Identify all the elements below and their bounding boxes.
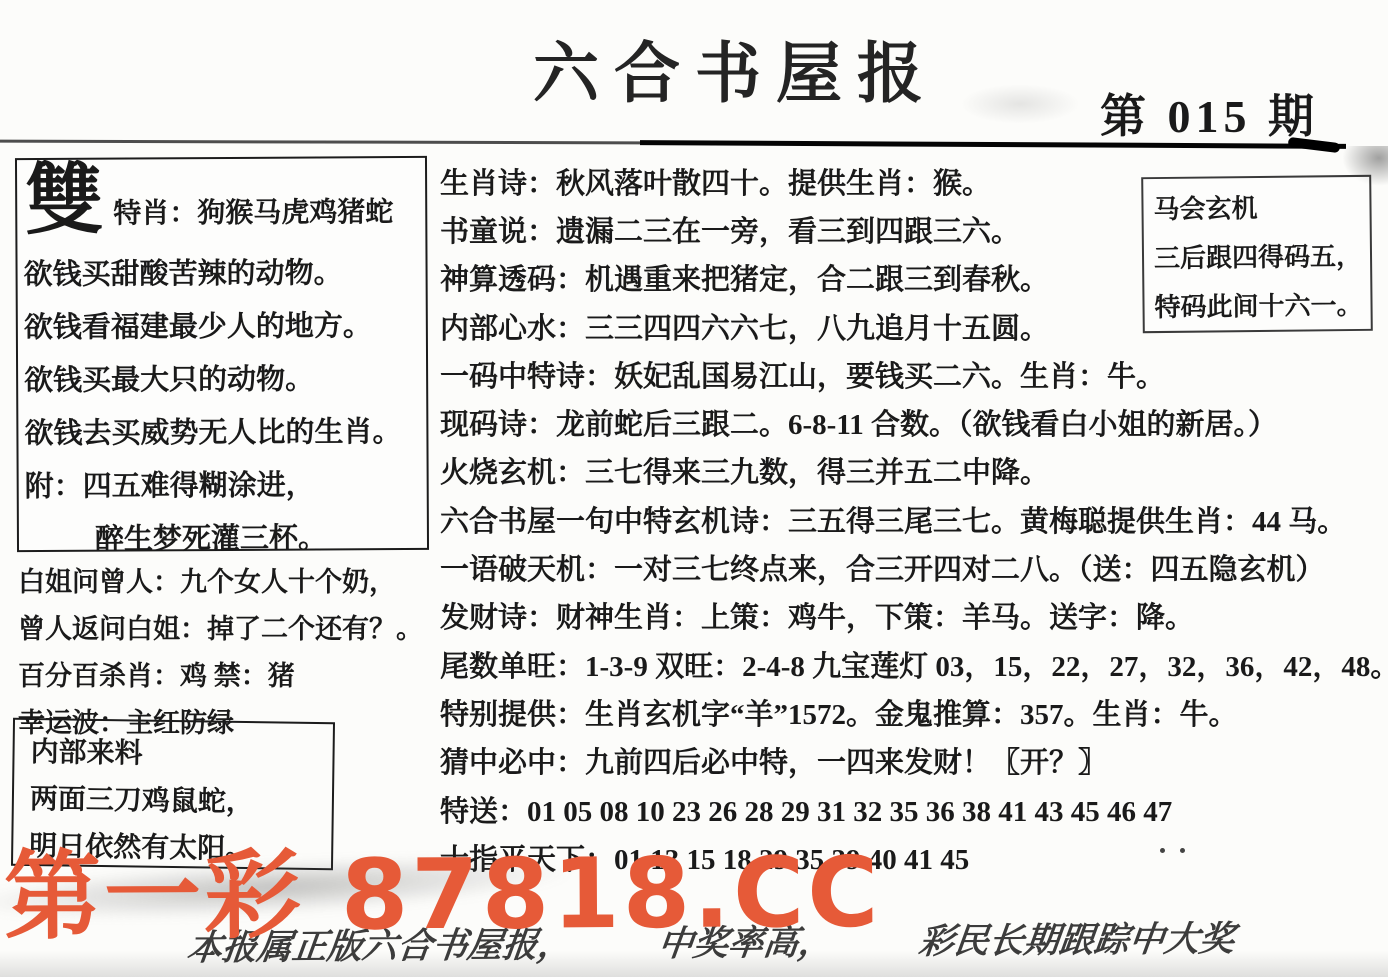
special-box-line: 欲钱买最大只的动物。	[24, 350, 420, 405]
special-box-header-row: 雙 特肖：狗猴马虎鸡猪蛇	[25, 162, 393, 238]
content-line-current-code-poem: 现码诗：龙前蛇后三跟二。6-8-11 合数。（欲钱看白小姐的新居。）	[440, 398, 1386, 446]
qa-line: 白姐问曾人：九个女人十个奶，	[18, 556, 430, 603]
qa-line: 曾人返问白姐：掉了二个还有？。	[18, 603, 430, 650]
page-title: 六合书屋报	[533, 20, 938, 115]
special-box-line: 欲钱去买威势无人比的生肖。	[24, 403, 420, 458]
footer-slogan-part3: 彩民长期跟踪中大奖	[916, 911, 1237, 964]
scan-ghost-mark	[960, 84, 1080, 124]
jockey-box-line: 马会玄机	[1153, 181, 1370, 232]
jockey-box-line: 三后跟四得码五，	[1154, 230, 1371, 281]
issue-number: 第 015 期	[1100, 80, 1319, 146]
content-line-guess-hit: 猜中必中：九前四后必中特，一四来发财！〖开？〗	[440, 737, 1386, 785]
special-zodiac-label: 特肖：狗猴马虎鸡猪蛇	[113, 190, 393, 237]
content-line-one-code-poem: 一码中特诗：妖妃乱国易江山，要钱买二六。生肖：牛。	[440, 350, 1386, 398]
special-box-line: 欲钱看福建最少人的地方。	[24, 297, 420, 352]
qa-section: 白姐问曾人：九个女人十个奶， 曾人返问白姐：掉了二个还有？。 百分百杀肖：鸡 禁…	[18, 556, 430, 744]
content-line-tail-numbers: 尾数单旺：1-3-9 双旺：2-4-8 九宝莲灯 03，15，22，27，32，…	[440, 640, 1386, 688]
double-character: 雙	[25, 164, 103, 238]
content-line-fortune-poem: 发财诗：财神生肖：上策：鸡牛，下策：羊马。送字：降。	[440, 592, 1386, 640]
scan-dot	[1180, 848, 1185, 853]
qa-line: 百分百杀肖：鸡 禁：猪	[18, 650, 430, 697]
header-divider-ink-blob	[1288, 137, 1341, 153]
jockey-box-line: 特码此间十六一。	[1154, 279, 1371, 330]
content-line-special-offer: 特别提供：生肖玄机字“羊”1572。金鬼推算：357。生肖：牛。	[440, 688, 1386, 736]
content-line-one-sentence-poem: 六合书屋一句中特玄机诗：三五得三尾三七。黄梅聪提供生肖：44 马。	[440, 495, 1386, 543]
jockey-club-mystery-box: 马会玄机 三后跟四得码五， 特码此间十六一。	[1141, 175, 1373, 333]
special-box-line: 欲钱买甜酸苦辣的动物。	[23, 244, 419, 299]
content-line-secret-breaker: 一语破天机：一对三七终点来，合三开四对二八。（送：四五隐玄机）	[440, 543, 1386, 591]
special-box-lines: 欲钱买甜酸苦辣的动物。 欲钱看福建最少人的地方。 欲钱买最大只的动物。 欲钱去买…	[23, 244, 421, 564]
insider-box-line: 内部来料	[30, 726, 333, 777]
content-line-fire-mystery: 火烧玄机：三七得来三九数，得三并五二中降。	[440, 447, 1386, 495]
insider-box-line: 两面三刀鸡鼠蛇，	[30, 773, 333, 824]
site-watermark: 第一彩 87818.CC	[4, 843, 882, 948]
special-zodiac-box: 雙 特肖：狗猴马虎鸡猪蛇 欲钱买甜酸苦辣的动物。 欲钱看福建最少人的地方。 欲钱…	[15, 156, 429, 552]
special-box-line: 附：四五难得糊涂进，	[25, 456, 421, 511]
content-line-special-send-numbers: 特送：01 05 08 10 23 26 28 29 31 32 35 36 3…	[440, 785, 1386, 833]
scan-dot	[1160, 848, 1165, 853]
